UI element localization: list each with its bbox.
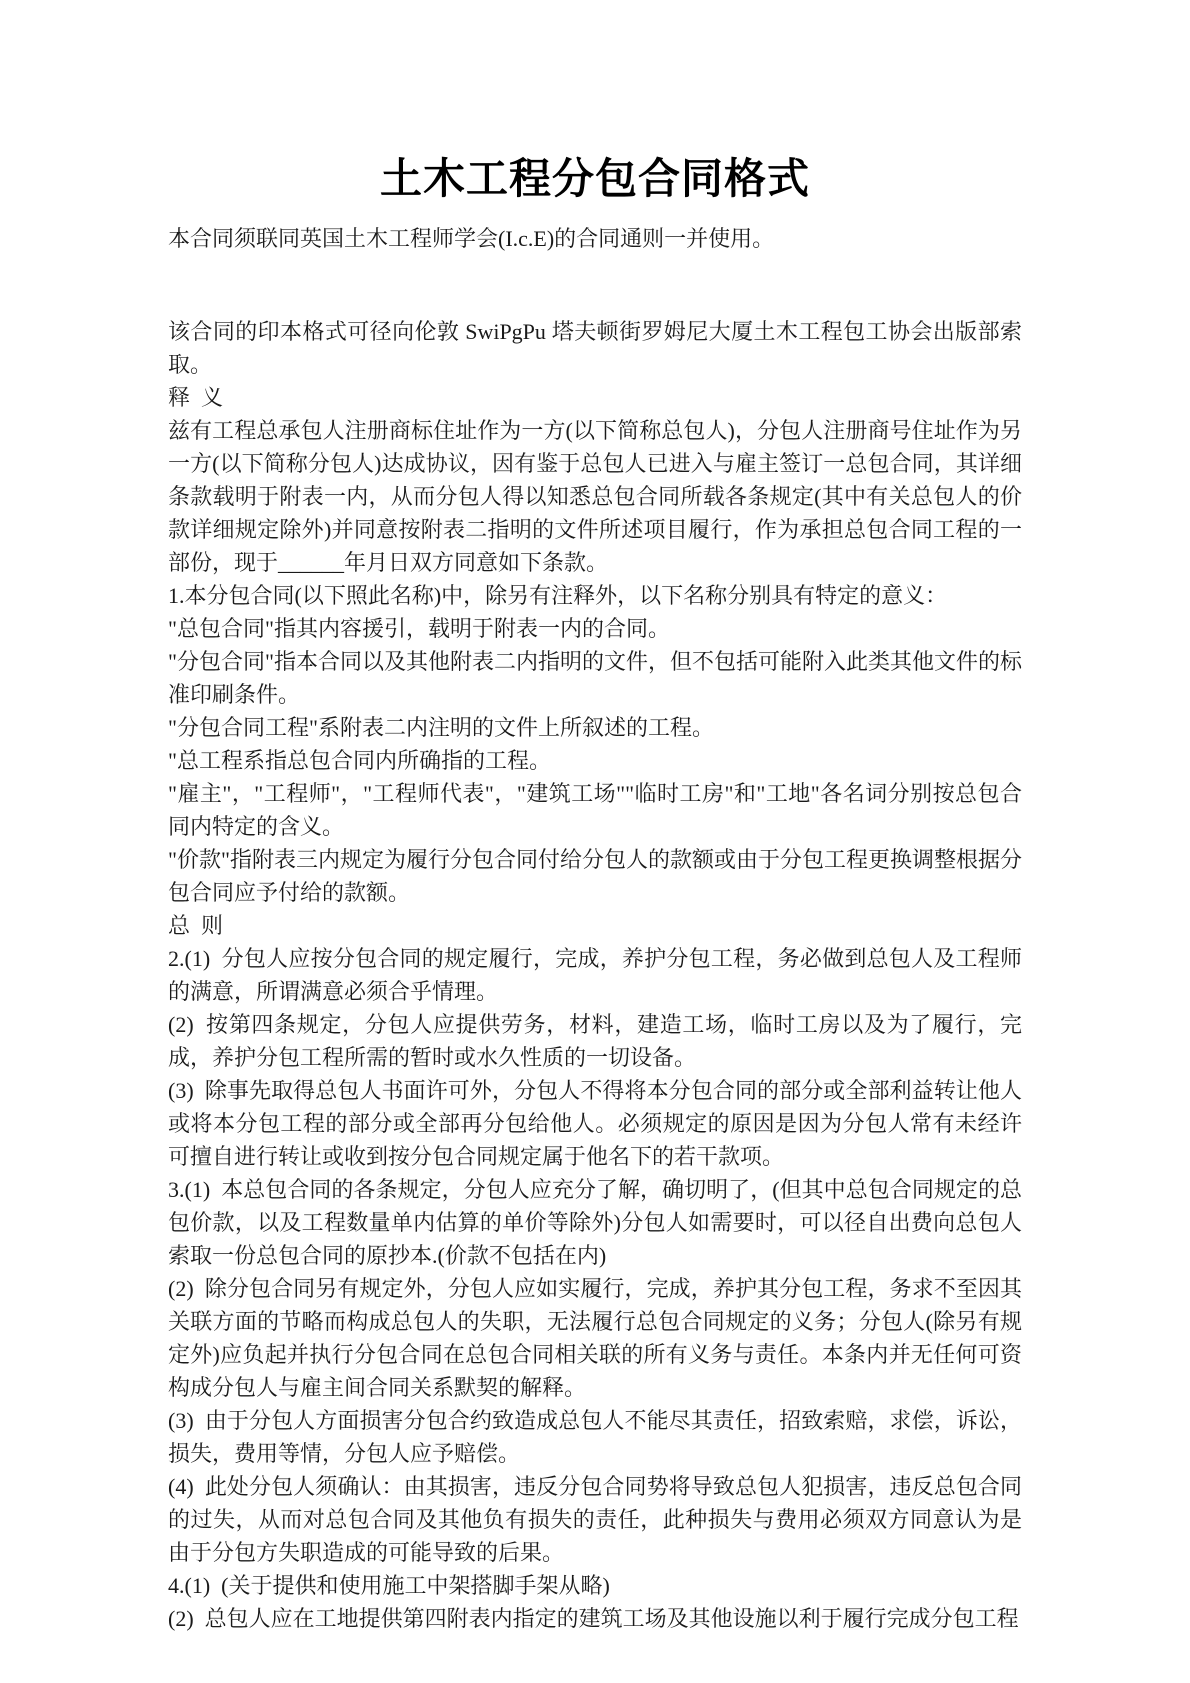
paragraph-availability-note: 该合同的印本格式可径向伦敦 SwiPgPu 塔夫顿街罗姆尼大厦土木工程包工协会出… — [168, 315, 1022, 381]
paragraph-clause-4-2: (2) 总包人应在工地提供第四附表内指定的建筑工场及其他设施以利于履行完成分包工… — [168, 1602, 1022, 1635]
document-page: 土木工程分包合同格式 本合同须联同英国土木工程师学会(I.c.E)的合同通则一并… — [0, 0, 1190, 1683]
paragraph-def-main-contract: "总包合同"指其内容援引，载明于附表一内的合同。 — [168, 612, 1022, 645]
paragraph-recitals: 兹有工程总承包人注册商标住址作为一方(以下简称总包人)，分包人注册商号住址作为另… — [168, 414, 1022, 579]
paragraph-def-main-works: "总工程系指总包合同内所确指的工程。 — [168, 744, 1022, 777]
paragraph-def-terms: "雇主"，"工程师"，"工程师代表"，"建筑工场""临时工房"和"工地"各名词分… — [168, 777, 1022, 843]
paragraph-clause-3-2: (2) 除分包合同另有规定外，分包人应如实履行，完成，养护其分包工程，务求不至因… — [168, 1272, 1022, 1404]
paragraph-clause-2-1: 2.(1) 分包人应按分包合同的规定履行，完成，养护分包工程，务必做到总包人及工… — [168, 942, 1022, 1008]
section-heading-general: 总 则 — [168, 909, 1022, 942]
paragraph-clause-3-1: 3.(1) 本总包合同的各条规定，分包人应充分了解，确切明了，(但其中总包合同规… — [168, 1173, 1022, 1272]
paragraph-def-subcontract-works: "分包合同工程"系附表二内注明的文件上所叙述的工程。 — [168, 711, 1022, 744]
document-subtitle: 本合同须联同英国土木工程师学会(I.c.E)的合同通则一并使用。 — [168, 222, 1022, 255]
section-heading-definitions: 释 义 — [168, 381, 1022, 414]
paragraph-clause-1: 1.本分包合同(以下照此名称)中，除另有注释外，以下名称分别具有特定的意义： — [168, 579, 1022, 612]
blank-line-spacer — [168, 255, 1022, 315]
paragraph-clause-2-2: (2) 按第四条规定，分包人应提供劳务，材料，建造工场，临时工房以及为了履行，完… — [168, 1008, 1022, 1074]
paragraph-clause-4-1: 4.(1) (关于提供和使用施工中架搭脚手架从略) — [168, 1569, 1022, 1602]
paragraph-def-subcontract: "分包合同"指本合同以及其他附表二内指明的文件，但不包括可能附入此类其他文件的标… — [168, 645, 1022, 711]
paragraph-def-price: "价款"指附表三内规定为履行分包合同付给分包人的款额或由于分包工程更换调整根据分… — [168, 843, 1022, 909]
paragraph-clause-3-3: (3) 由于分包人方面损害分包合约致造成总包人不能尽其责任，招致索赔，求偿，诉讼… — [168, 1404, 1022, 1470]
document-title: 土木工程分包合同格式 — [168, 152, 1022, 208]
paragraph-clause-2-3: (3) 除事先取得总包人书面许可外，分包人不得将本分包合同的部分或全部利益转让他… — [168, 1074, 1022, 1173]
paragraph-clause-3-4: (4) 此处分包人须确认：由其损害，违反分包合同势将导致总包人犯损害，违反总包合… — [168, 1470, 1022, 1569]
